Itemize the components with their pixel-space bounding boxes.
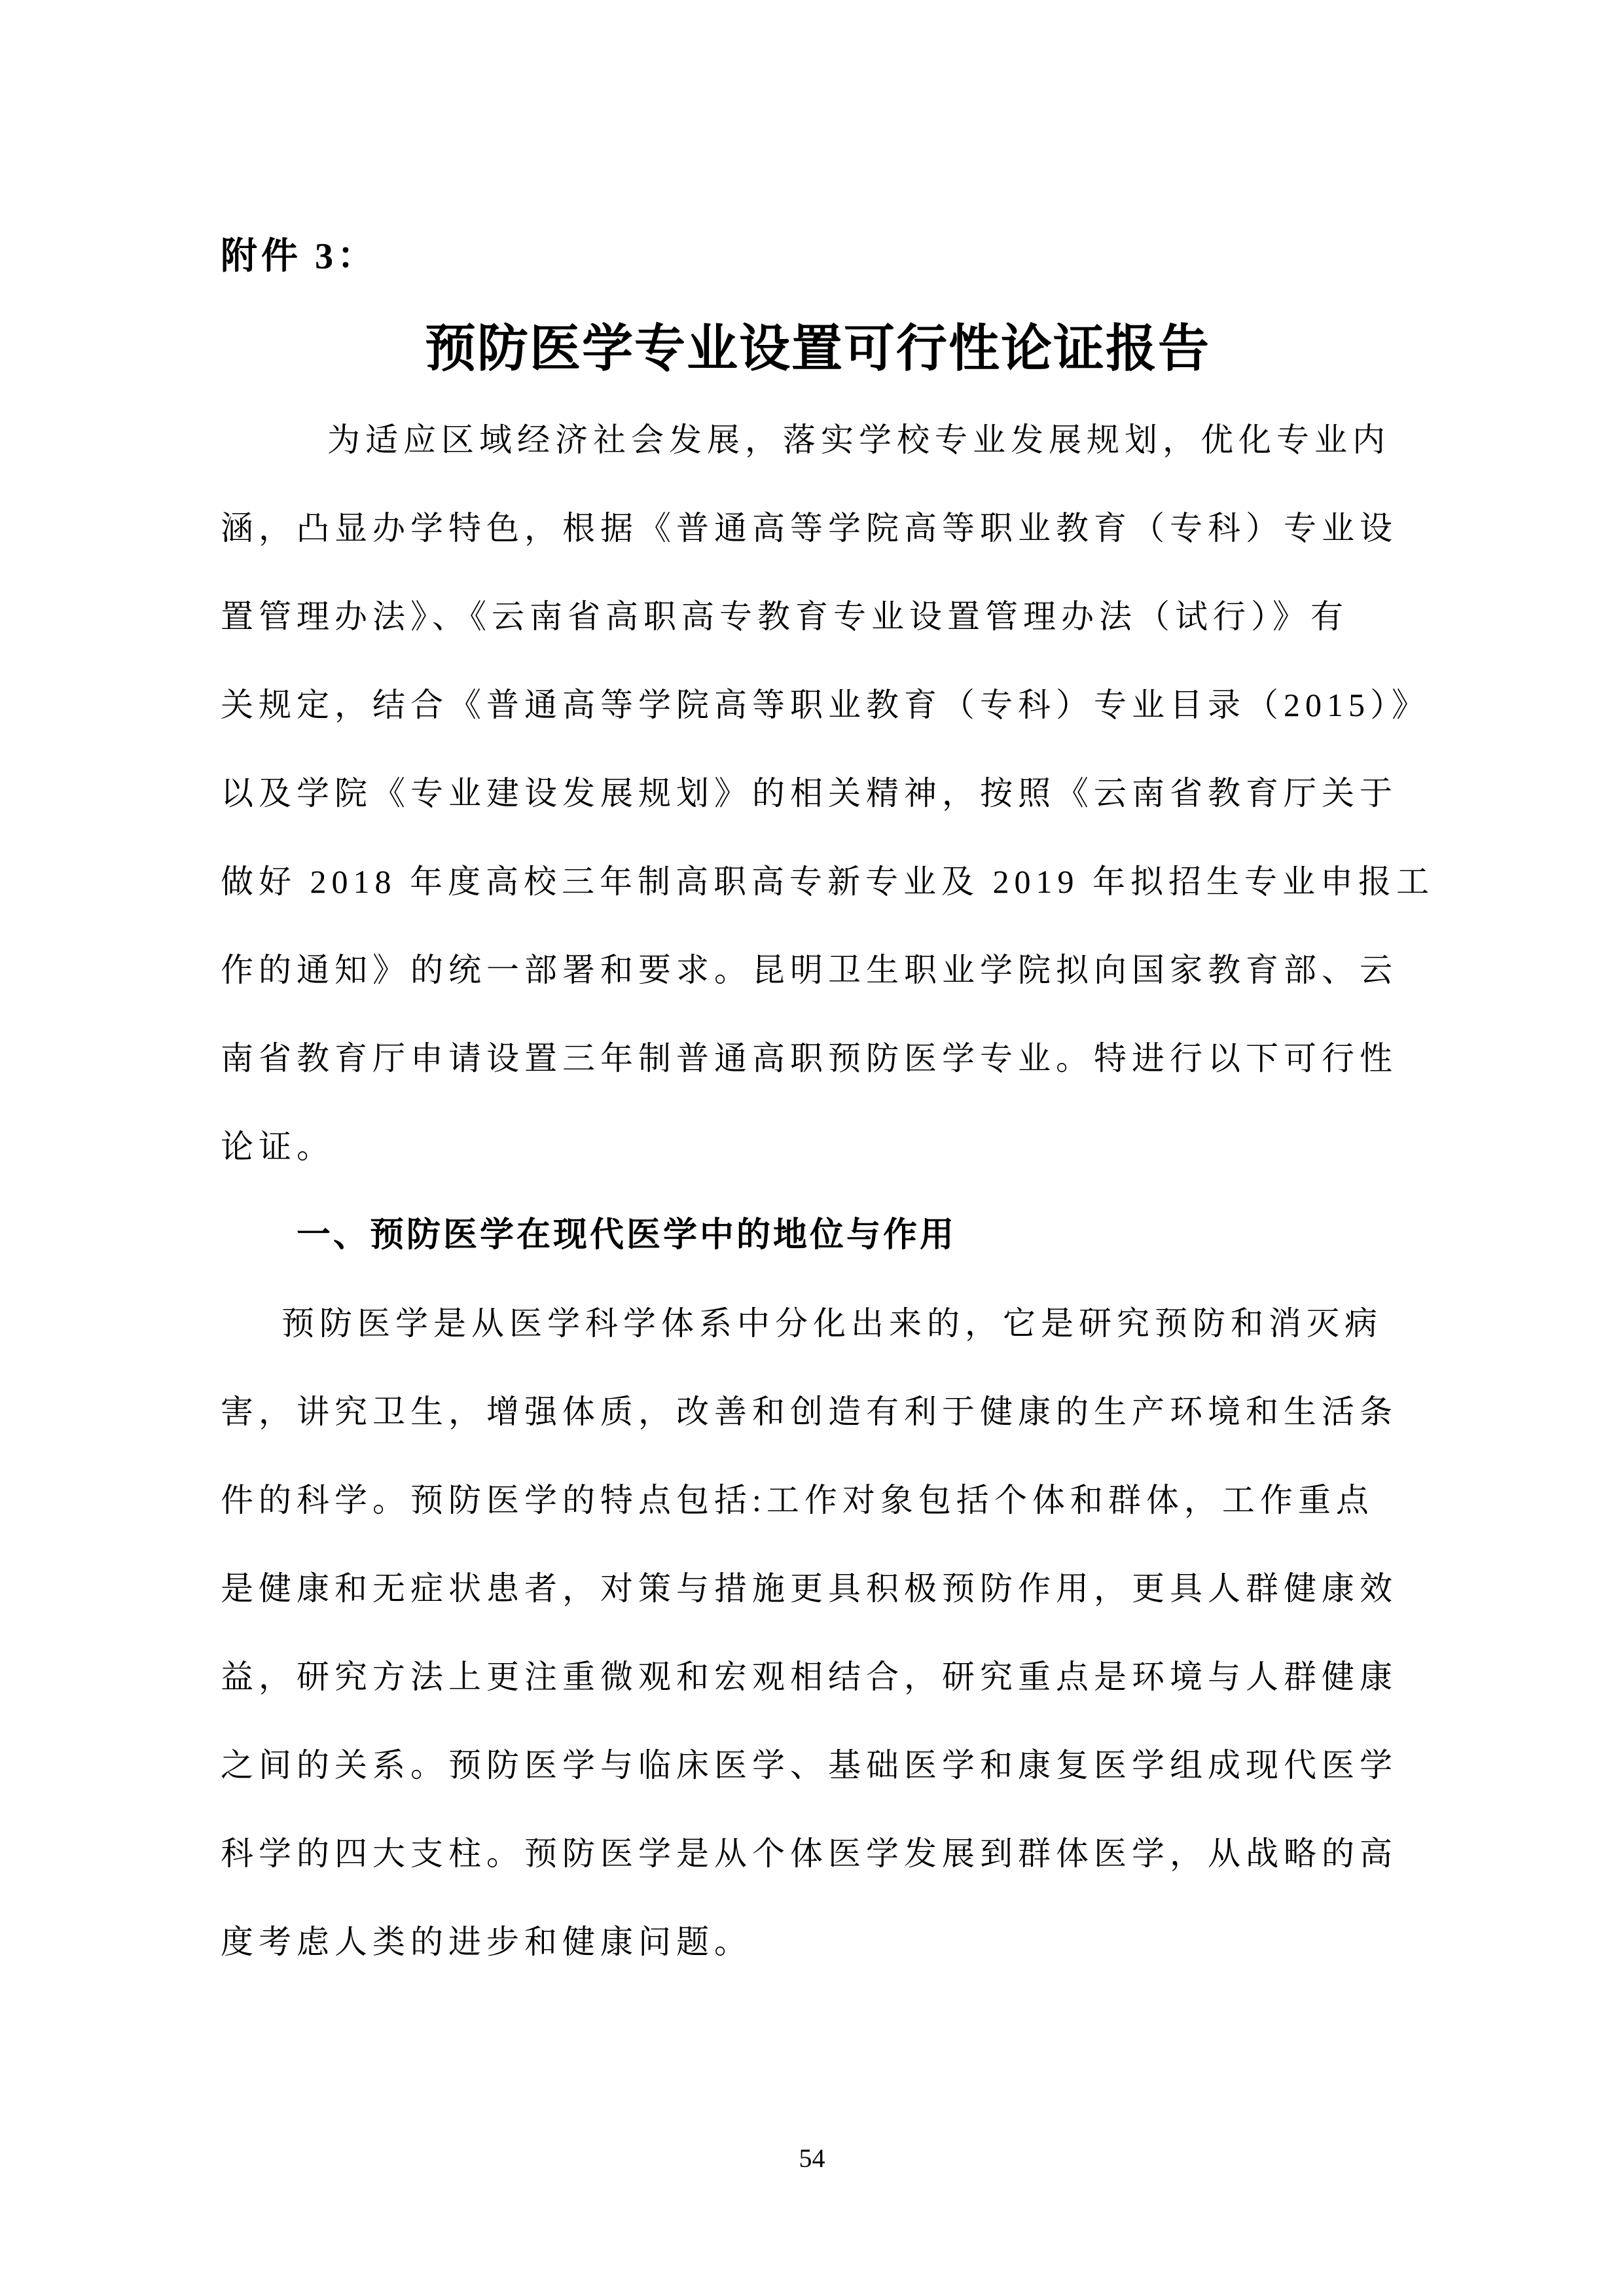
text-line: 做好 2018 年度高校三年制高职高专新专业及 2019 年拟招生专业申报工 (221, 838, 1415, 926)
text-line: 之间的关系。预防医学与临床医学、基础医学和康复医学组成现代医学 (221, 1721, 1415, 1810)
text-line: 作的通知》的统一部署和要求。昆明卫生职业学院拟向国家教育部、云 (221, 926, 1415, 1014)
text-line: 害，讲究卫生，增强体质，改善和创造有利于健康的生产环境和生活条 (221, 1368, 1415, 1456)
text-line: 涵，凸显办学特色，根据《普通高等学院高等职业教育（专科）专业设 (221, 484, 1415, 573)
page-number: 54 (0, 2139, 1624, 2178)
text-line: 件的科学。预防医学的特点包括:工作对象包括个体和群体，工作重点 (221, 1456, 1415, 1545)
text-line: 置管理办法》、《云南省高职高专教育专业设置管理办法（试行）》有 (221, 573, 1415, 661)
section-heading-1: 一、预防医学在现代医学中的地位与作用 (221, 1191, 1415, 1280)
paragraph-section-1: 预防医学是从医学科学体系中分化出来的，它是研究预防和消灭病 害，讲究卫生，增强体… (221, 1280, 1415, 1986)
text-line: 益，研究方法上更注重微观和宏观相结合，研究重点是环境与人群健康 (221, 1633, 1415, 1721)
text-line: 是健康和无症状患者，对策与措施更具积极预防作用，更具人群健康效 (221, 1545, 1415, 1633)
text-line: 为适应区域经济社会发展，落实学校专业发展规划，优化专业内 (221, 396, 1415, 484)
attachment-label: 附件 3： (221, 213, 1415, 301)
document-title: 预防医学专业设置可行性论证报告 (221, 301, 1415, 396)
text-line: 预防医学是从医学科学体系中分化出来的，它是研究预防和消灭病 (221, 1280, 1415, 1368)
paragraph-intro: 为适应区域经济社会发展，落实学校专业发展规划，优化专业内 涵，凸显办学特色，根据… (221, 396, 1415, 1191)
text-line: 科学的四大支柱。预防医学是从个体医学发展到群体医学，从战略的高 (221, 1810, 1415, 1898)
text-line: 度考虑人类的进步和健康问题。 (221, 1898, 1415, 1986)
text-line: 论证。 (221, 1103, 1415, 1191)
page-content: 附件 3： 预防医学专业设置可行性论证报告 为适应区域经济社会发展，落实学校专业… (0, 0, 1624, 1986)
text-line: 关规定，结合《普通高等学院高等职业教育（专科）专业目录（2015）》 (221, 661, 1415, 749)
text-line: 以及学院《专业建设发展规划》的相关精神，按照《云南省教育厅关于 (221, 749, 1415, 838)
text-line: 南省教育厅申请设置三年制普通高职预防医学专业。特进行以下可行性 (221, 1014, 1415, 1103)
document-page: { "document": { "attachment_label": "附件 … (0, 0, 1624, 2296)
